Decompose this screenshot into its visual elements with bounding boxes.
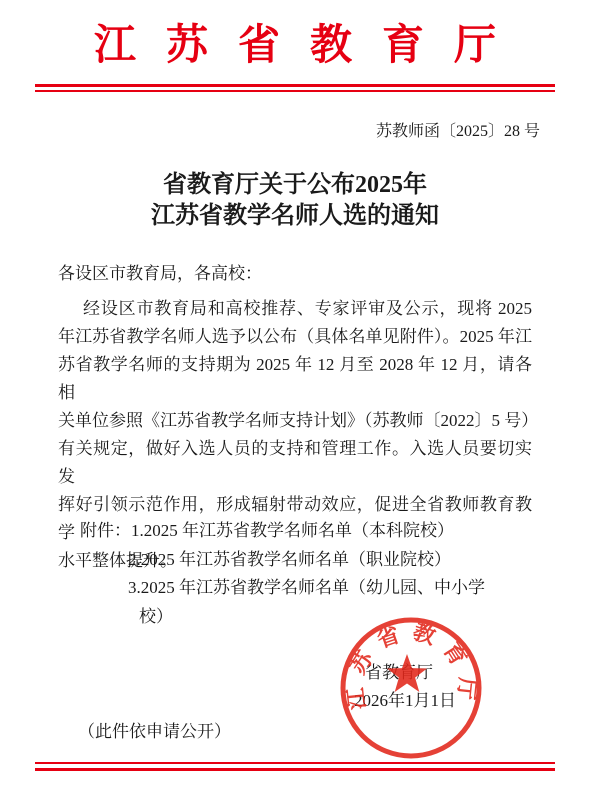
header-divider-thin bbox=[35, 90, 555, 92]
official-seal-icon: 江苏省教育厅 bbox=[338, 615, 484, 761]
header-divider-thick bbox=[35, 84, 555, 87]
seal-ring bbox=[343, 620, 479, 756]
notice-title-line-2: 江苏省教学名师人选的通知 bbox=[0, 201, 590, 232]
attachment-item-3-wrap: 校） bbox=[139, 603, 550, 632]
attachment-item-1: 附件：1.2025 年江苏省教学名师名单（本科院校） bbox=[58, 517, 550, 546]
body-line: 有关规定，做好入选人员的支持和管理工作。入选人员要切实发 bbox=[58, 435, 532, 491]
signer-name: 省教育厅 bbox=[365, 663, 433, 683]
attachments-block: 附件：1.2025 年江苏省教学名师名单（本科院校） 2.2025 年江苏省教学… bbox=[58, 517, 550, 631]
notice-title: 省教育厅关于公布2025年 江苏省教学名师人选的通知 bbox=[0, 170, 590, 232]
agency-header: 江苏省教育厅 bbox=[0, 24, 590, 68]
disclosure-note: （此件依申请公开） bbox=[78, 722, 231, 742]
salutation: 各设区市教育局，各高校： bbox=[58, 263, 262, 285]
body-line: 关单位参照《江苏省教学名师支持计划》（苏教师〔2022〕5 号） bbox=[58, 407, 532, 435]
body-line: 经设区市教育局和高校推荐、专家评审及公示，现将 2025 bbox=[58, 295, 532, 323]
body-line: 年江苏省教学名师人选予以公布（具体名单见附件）。2025 年江 bbox=[58, 323, 532, 351]
issue-date: 2026年1月1日 bbox=[354, 691, 456, 711]
attachment-item-2: 2.2025 年江苏省教学名师名单（职业院校） bbox=[128, 546, 550, 575]
attachment-item-3: 3.2025 年江苏省教学名师名单（幼儿园、中小学 bbox=[128, 574, 550, 603]
body-line: 苏省教学名师的支持期为 2025 年 12 月至 2028 年 12 月，请各相 bbox=[58, 351, 532, 407]
footer-divider-thick bbox=[35, 768, 555, 771]
attachments-label: 附件： bbox=[80, 521, 131, 540]
attachment-item-1-text: 1.2025 年江苏省教学名师名单（本科院校） bbox=[131, 521, 454, 540]
doc-number: 苏教师函〔2025〕28 号 bbox=[376, 123, 540, 141]
page: 江苏省教育厅 苏教师函〔2025〕28 号 省教育厅关于公布2025年 江苏省教… bbox=[0, 0, 590, 786]
footer-divider-thin bbox=[35, 762, 555, 764]
notice-title-line-1: 省教育厅关于公布2025年 bbox=[0, 170, 590, 201]
